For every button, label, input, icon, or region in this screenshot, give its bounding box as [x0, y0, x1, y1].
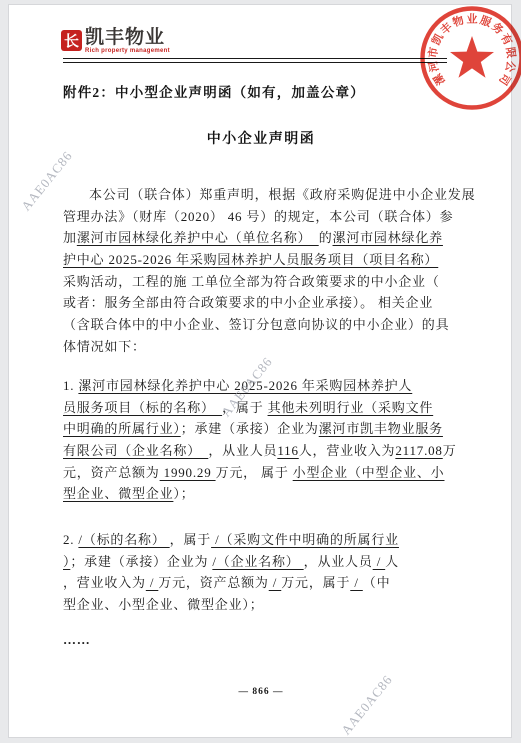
text-segment: 护中心 2025-2026 年采购园林养护人员服务项目（项目名称）	[63, 252, 438, 267]
text-line: 护中心 2025-2026 年采购园林养护人员服务项目（项目名称）	[63, 249, 461, 271]
statement-item-1: 1. 漯河市园林绿化养护中心 2025-2026 年采购园林养护人员服务项目（标…	[63, 375, 461, 505]
seal-char: 司	[496, 71, 514, 88]
seal-char: 市	[425, 46, 440, 59]
text-segment: ，从业人员	[208, 443, 277, 458]
logo-text-block: 凯丰物业 Rich property management	[85, 27, 170, 54]
text-segment: 本公司（联合体）郑重声明，根据《政府采购促进中小企业发展	[89, 187, 475, 202]
text-line: ，营业收入为 / 万元，资产总额为 / 万元，属于 / （中	[63, 572, 461, 594]
text-segment: 116	[277, 443, 298, 458]
text-segment: 型企业、微型企业	[63, 486, 173, 501]
text-segment: 万元， 属于	[216, 465, 293, 480]
seal-char: 务	[489, 19, 506, 37]
ellipsis-line: ……	[63, 629, 461, 651]
statement-item-2: 2. /（标的名称） ，属于 /（采购文件中明确的所属行业）；承建（承接）企业为…	[63, 529, 461, 616]
text-segment: ，营业收入为	[63, 575, 146, 590]
text-line: 中明确的所属行业）；承建（承接）企业为漯河市凯丰物业服务	[63, 418, 461, 440]
header-double-rule	[63, 58, 447, 63]
text-segment: 或者：服务全部由符合政策要求的中小企业承接）。 相关企业	[63, 295, 433, 310]
text-segment: 1990.29	[160, 465, 216, 480]
text-segment: 人	[385, 554, 399, 569]
text-segment: /	[373, 554, 386, 569]
text-segment: 万元，属于	[281, 575, 350, 590]
seal-char: 限	[503, 46, 518, 59]
logo-company-name: 凯丰物业	[85, 27, 170, 48]
page-number: — 866 —	[9, 687, 513, 697]
text-segment: ，属于	[170, 532, 211, 547]
text-line: （含联合体中的中小企业、签订分包意向协议的中小企业）的具	[63, 314, 461, 336]
text-line: ）；承建（承接）企业为 /（企业名称） ，从业人员 / 人	[63, 551, 461, 573]
seal-char: 业	[467, 12, 478, 26]
seal-char: 丰	[437, 19, 454, 37]
text-segment: 中明确的所属行业）	[63, 421, 181, 436]
seal-char: 公	[502, 60, 517, 75]
text-segment: ，从业人员	[304, 554, 373, 569]
text-segment: /（标的名称）	[78, 532, 169, 547]
text-line: 员服务项目（标的名称） ，属于 其他未列明行业（采购文件	[63, 397, 461, 419]
text-segment: /	[146, 575, 159, 590]
text-segment: 万元，资产总额为	[158, 575, 268, 590]
text-segment: 漯河市凯丰物业服务	[319, 421, 443, 436]
text-segment: 小型企业（中型企业、小	[293, 465, 445, 480]
text-segment: /（企业名称）	[212, 554, 303, 569]
text-segment: ；承建（承接）企业为	[181, 421, 319, 436]
text-segment: 其他未列明行业（采购文件	[268, 400, 434, 415]
text-line: 加漯河市园林绿化养护中心（单位名称） 的漯河市园林绿化养	[63, 227, 461, 249]
text-segment: 加	[63, 230, 77, 245]
seal-char: 凯	[429, 31, 447, 47]
text-segment: 元，资产总额为	[63, 465, 160, 480]
text-segment: 型企业、小型企业、微型企业）；	[63, 597, 264, 612]
text-line: 型企业、小型企业、微型企业）；	[63, 594, 461, 616]
watermark: AAE0AC86	[338, 672, 396, 738]
page-title: 中小企业声明函	[63, 128, 459, 148]
company-logo: 长 凯丰物业 Rich property management	[61, 27, 170, 59]
text-segment: 2117.08	[395, 443, 442, 458]
seal-company-text: 漯河市凯丰物业服务有限公司	[425, 12, 519, 88]
text-segment: 万	[443, 443, 457, 458]
text-segment: ）；	[173, 486, 194, 501]
text-segment: 的	[319, 230, 333, 245]
text-segment: 人，营业收入为	[299, 443, 396, 458]
text-line: 型企业、微型企业）；	[63, 483, 461, 505]
seal-char: 服	[478, 13, 494, 30]
text-segment: 漯河市园林绿化养	[333, 230, 443, 245]
text-segment: ；承建（承接）企业为	[70, 554, 212, 569]
text-segment: （中	[363, 575, 391, 590]
text-line: 管理办法》（财库（2020） 46 号）的规定，本公司（联合体）参	[63, 206, 461, 228]
text-line: 2. /（标的名称） ，属于 /（采购文件中明确的所属行业	[63, 529, 461, 551]
text-segment: 体情况如下：	[63, 339, 146, 354]
star-icon	[450, 36, 494, 78]
document-page: 长 凯丰物业 Rich property management 附件2：中小型企…	[8, 4, 512, 738]
text-segment: 采购活动，工程的施 工单位全部为符合政策要求的中小企业（	[63, 274, 440, 289]
text-line: 有限公司（企业名称） ，从业人员116人，营业收入为2117.08万	[63, 440, 461, 462]
logo-tagline: Rich property management	[85, 48, 170, 54]
text-line: 或者：服务全部由符合政策要求的中小企业承接）。 相关企业	[63, 292, 461, 314]
text-segment: 漯河市园林绿化养护中心（单位名称）	[77, 230, 319, 245]
seal-char: 物	[451, 13, 466, 30]
text-segment: /	[269, 575, 282, 590]
text-segment: 员服务项目（标的名称）	[63, 400, 222, 415]
seal-char: 有	[498, 31, 516, 47]
text-segment: /	[350, 575, 363, 590]
logo-icon: 长	[61, 30, 82, 51]
text-segment: 1.	[63, 378, 78, 393]
text-segment: /（采购文件中明确的所属行业	[211, 532, 399, 547]
seal-char: 漯	[429, 70, 447, 88]
text-line: 采购活动，工程的施 工单位全部为符合政策要求的中小企业（	[63, 271, 461, 293]
text-line: 本公司（联合体）郑重声明，根据《政府采购促进中小企业发展	[63, 184, 461, 206]
paragraph-declaration: 本公司（联合体）郑重声明，根据《政府采购促进中小企业发展管理办法》（财库（202…	[63, 184, 461, 358]
text-segment: 管理办法》（财库（2020） 46 号）的规定，本公司（联合体）参	[63, 209, 453, 224]
text-segment: 有限公司（企业名称）	[63, 443, 208, 458]
text-line: 元，资产总额为 1990.29 万元， 属于 小型企业（中型企业、小	[63, 462, 461, 484]
attachment-heading: 附件2：中小型企业声明函（如有，加盖公章）	[63, 81, 365, 101]
text-segment: （含联合体中的中小企业、签订分包意向协议的中小企业）的具	[63, 317, 449, 332]
text-segment: 2.	[63, 532, 78, 547]
